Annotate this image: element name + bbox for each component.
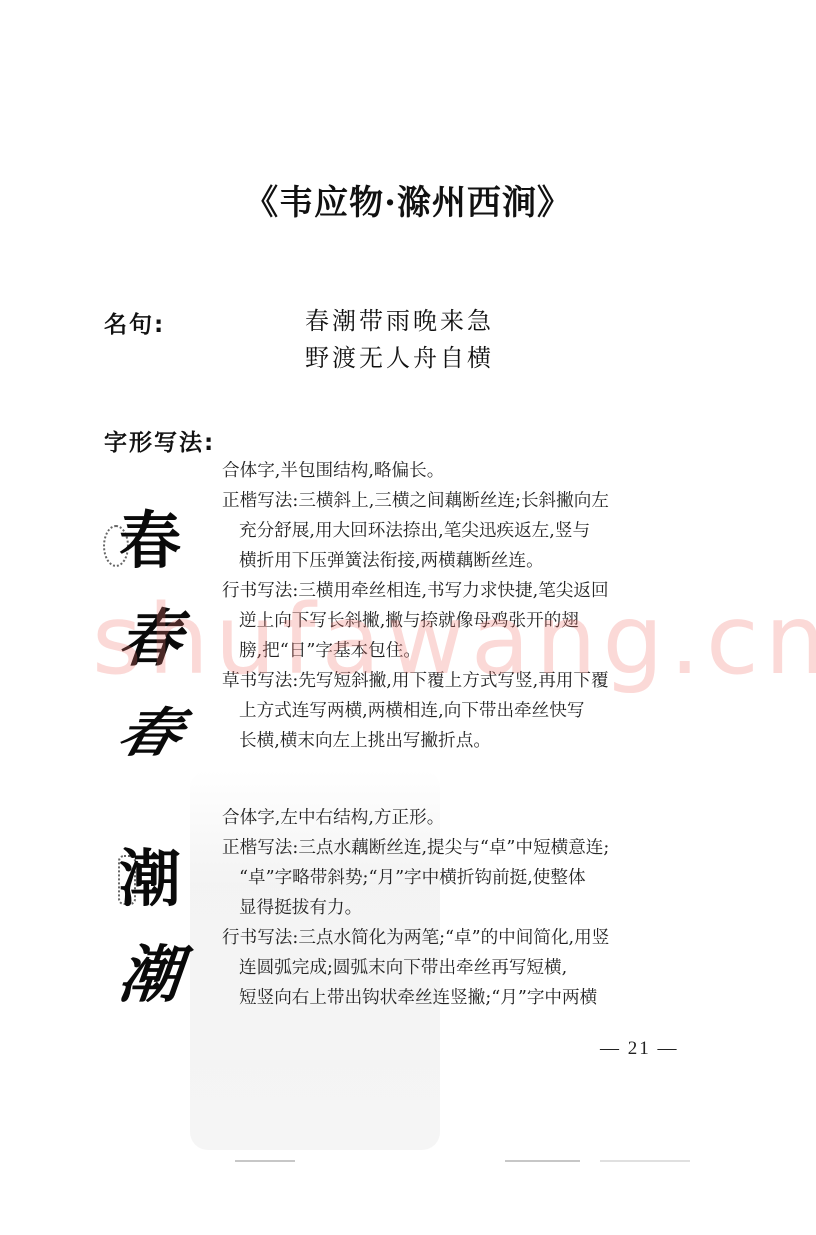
note-label: 正楷写法: <box>222 838 298 858</box>
scan-artifact <box>600 1160 690 1162</box>
note-text: 先写短斜撇,用下覆上方式写竖,再用下覆 <box>298 671 608 691</box>
calligraphy-sample-chun-caoshu: 春 <box>93 707 206 760</box>
note-text: 长横,横末向左上挑出写撇折点。 <box>222 726 722 756</box>
scan-artifact <box>505 1160 580 1162</box>
note-text: 上方式连写两横,两横相连,向下带出牵丝快写 <box>222 696 722 726</box>
note-kaishu: 正楷写法:三横斜上,三横之间藕断丝连;长斜撇向左 充分舒展,用大回环法捺出,笔尖… <box>222 486 722 576</box>
page-title: 《韦应物·滁州西涧》 <box>0 178 816 228</box>
note-label: 草书写法: <box>222 671 298 691</box>
note-label: 行书写法: <box>222 928 298 948</box>
scan-artifact <box>235 1160 295 1162</box>
structure-text: 合体字,半包围结构,略偏长。 <box>222 456 722 486</box>
note-text: 连圆弧完成;圆弧末向下带出牵丝再写短横, <box>222 953 722 983</box>
note-text: 充分舒展,用大回环法捺出,笔尖迅疾返左,竖与 <box>222 516 722 546</box>
note-xingshu: 行书写法:三横用牵丝相连,书写力求快捷,笔尖返回 逆上向下写长斜撇,撇与捺就像母… <box>222 576 722 666</box>
famous-line-1: 春潮带雨晚来急 <box>305 303 494 340</box>
note-kaishu: 正楷写法:三点水藕断丝连,提尖与“卓”中短横意连; “卓”字略带斜势;“月”字中… <box>222 833 722 923</box>
famous-line-2: 野渡无人舟自横 <box>305 340 494 377</box>
char-block-chao: 合体字,左中右结构,方正形。 正楷写法:三点水藕断丝连,提尖与“卓”中短横意连;… <box>222 803 722 1013</box>
page-number: — 21 — <box>600 1038 679 1060</box>
note-text: 三点水藕断丝连,提尖与“卓”中短横意连; <box>298 838 609 858</box>
structure-text: 合体字,左中右结构,方正形。 <box>222 803 722 833</box>
note-text: 显得挺拔有力。 <box>222 893 722 923</box>
calligraphy-sample-chun-kaishu: 春 <box>100 510 200 572</box>
note-text: 横折用下压弹簧法衔接,两横藕断丝连。 <box>222 546 722 576</box>
note-caoshu: 草书写法:先写短斜撇,用下覆上方式写竖,再用下覆 上方式连写两横,两横相连,向下… <box>222 666 722 756</box>
note-label: 行书写法: <box>222 581 298 601</box>
glyph-writing-label: 字形写法: <box>104 424 215 457</box>
note-text: 短竖向右上带出钩状牵丝连竖撇;“月”字中两横 <box>222 983 722 1013</box>
note-text: 三点水简化为两笔;“卓”的中间简化,用竖 <box>298 928 609 948</box>
calligraphy-sample-chao-xingshu: 潮 <box>97 944 204 1006</box>
note-text: “卓”字略带斜势;“月”字中横折钩前挺,使整体 <box>222 863 722 893</box>
note-text: 逆上向下写长斜撇,撇与捺就像母鸡张开的翅 <box>222 606 722 636</box>
note-text: 三横斜上,三横之间藕断丝连;长斜撇向左 <box>298 491 609 511</box>
note-label: 正楷写法: <box>222 491 298 511</box>
calligraphy-sample-chao-kaishu: 潮 <box>100 848 200 910</box>
note-text: 三横用牵丝相连,书写力求快捷,笔尖返回 <box>298 581 608 601</box>
note-text: 膀,把“日”字基本包住。 <box>222 636 722 666</box>
famous-lines: 春潮带雨晚来急 野渡无人舟自横 <box>305 303 494 377</box>
char-block-chun: 合体字,半包围结构,略偏长。 正楷写法:三横斜上,三横之间藕断丝连;长斜撇向左 … <box>222 456 722 756</box>
note-xingshu: 行书写法:三点水简化为两笔;“卓”的中间简化,用竖 连圆弧完成;圆弧末向下带出牵… <box>222 923 722 1013</box>
calligraphy-sample-chun-xingshu: 春 <box>97 608 204 670</box>
famous-lines-label: 名句: <box>104 306 165 339</box>
